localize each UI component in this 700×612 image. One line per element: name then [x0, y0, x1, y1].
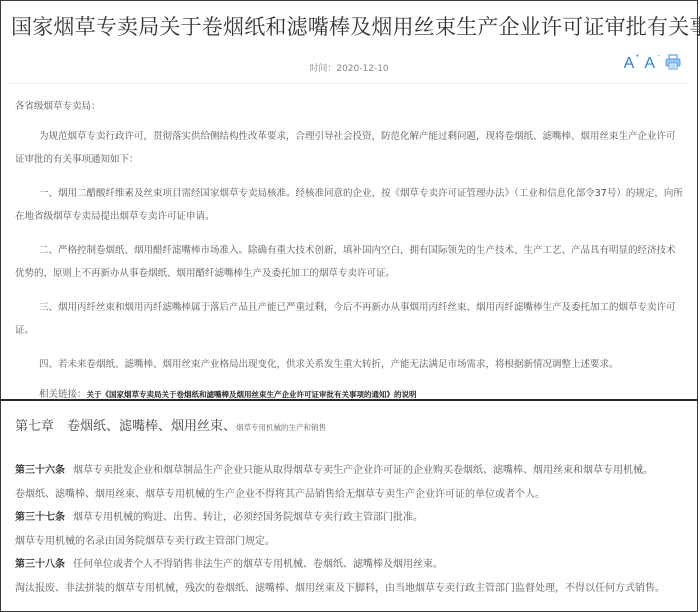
font-increase-icon: A [624, 55, 635, 72]
law-line: 卷烟纸、滤嘴棒、烟用丝束、烟草专用机械的生产企业不得将其产品销售给无烟草专卖生产… [15, 483, 687, 507]
item-3: 三、烟用丙纤丝束和烟用丙纤滤嘴棒属于落后产品且产能已严重过剩，今后不再新办从事烟… [15, 296, 683, 342]
law-panel: 第七章 卷烟纸、滤嘴棒、烟用丝束、烟草专用机械的生产和销售 第三十六条烟草专卖批… [0, 399, 698, 612]
related-link[interactable]: 关于《国家烟草专卖局关于卷烟纸和滤嘴棒及烟用丝束生产企业许可证审批有关事项的通知… [87, 390, 417, 399]
font-decrease-icon: A [644, 55, 655, 72]
item-2: 二、严格控制卷烟纸、烟用醋纤滤嘴棒市场准入。除确有重大技术创新，填补国内空白，拥… [15, 239, 683, 285]
header-divider [9, 83, 689, 84]
publish-time: 时间：2020-12-10 [1, 61, 697, 74]
plus-sup: + [635, 53, 639, 60]
related-label: 相关链接： [39, 389, 87, 400]
article-text: 烟草专用机械的名录由国务院烟草专卖行政主管部门规定。 [15, 536, 275, 547]
article-text: 淘汰报废、非法拼装的烟草专用机械，残次的卷烟纸、滤嘴棒、烟用丝束及下脚料，由当地… [15, 583, 665, 594]
intro-paragraph: 为规范烟草专卖行政许可，贯彻落实供给侧结构性改革要求，合理引导社会投资，防范化解… [15, 125, 683, 171]
print-icon [665, 54, 681, 70]
item-4: 四、若未来卷烟纸、滤嘴棒、烟用丝束产业格局出现变化，供求关系发生重大转折，产能无… [15, 353, 683, 376]
chapter-heading: 第七章 卷烟纸、滤嘴棒、烟用丝束、烟草专用机械的生产和销售 [15, 415, 326, 434]
law-line: 烟草专用机械的名录由国务院烟草专卖行政主管部门规定。 [15, 530, 687, 554]
font-increase-button[interactable]: A+ [624, 55, 635, 73]
law-line: 第三十七条烟草专用机械的购进、出售、转让，必须经国务院烟草专卖行政主管部门批准。 [15, 506, 687, 530]
salutation: 各省级烟草专卖局： [15, 102, 683, 112]
law-line: 淘汰报废、非法拼装的烟草专用机械，残次的卷烟纸、滤嘴棒、烟用丝束及下脚料，由当地… [15, 577, 687, 601]
article-text: 烟草专卖批发企业和烟草制品生产企业只能从取得烟草专卖生产企业许可证的企业购买卷烟… [73, 465, 653, 476]
item-1: 一、烟用二醋酸纤维素及丝束项目需经国家烟草专卖局核准。经核准同意的企业，按《烟草… [15, 182, 683, 228]
article-text: 烟草专用机械的购进、出售、转让，必须经国务院烟草专卖行政主管部门批准。 [73, 512, 423, 523]
font-decrease-button[interactable]: A- [644, 55, 655, 73]
chapter-title: 第七章 卷烟纸、滤嘴棒、烟用丝束、 [15, 419, 236, 434]
page-title: 国家烟草专卖局关于卷烟纸和滤嘴棒及烟用丝束生产企业许可证审批有关事项的通知 [11, 11, 700, 41]
article-text: 卷烟纸、滤嘴棒、烟用丝束、烟草专用机械的生产企业不得将其产品销售给无烟草专卖生产… [15, 489, 545, 500]
article-tools: A+ A- [624, 54, 681, 74]
article-number: 第三十七条 [15, 512, 65, 523]
notice-body: 各省级烟草专卖局： 为规范烟草专卖行政许可，贯彻落实供给侧结构性改革要求，合理引… [15, 98, 683, 425]
minus-sup: - [658, 53, 660, 60]
law-articles: 第三十六条烟草专卖批发企业和烟草制品生产企业只能从取得烟草专卖生产企业许可证的企… [15, 459, 687, 600]
article-number: 第三十八条 [15, 559, 65, 570]
print-button[interactable] [665, 54, 681, 74]
notice-panel: 国家烟草专卖局关于卷烟纸和滤嘴棒及烟用丝束生产企业许可证审批有关事项的通知 时间… [0, 0, 698, 400]
article-text: 任何单位或者个人不得销售非法生产的烟草专用机械、卷烟纸、滤嘴棒及烟用丝束。 [73, 559, 443, 570]
law-line: 第三十六条烟草专卖批发企业和烟草制品生产企业只能从取得烟草专卖生产企业许可证的企… [15, 459, 687, 483]
chapter-subtitle: 烟草专用机械的生产和销售 [236, 423, 326, 432]
related-links: 相关链接：关于《国家烟草专卖局关于卷烟纸和滤嘴棒及烟用丝束生产企业许可证审批有关… [15, 390, 683, 400]
article-number: 第三十六条 [15, 465, 65, 476]
law-line: 第三十八条任何单位或者个人不得销售非法生产的烟草专用机械、卷烟纸、滤嘴棒及烟用丝… [15, 553, 687, 577]
